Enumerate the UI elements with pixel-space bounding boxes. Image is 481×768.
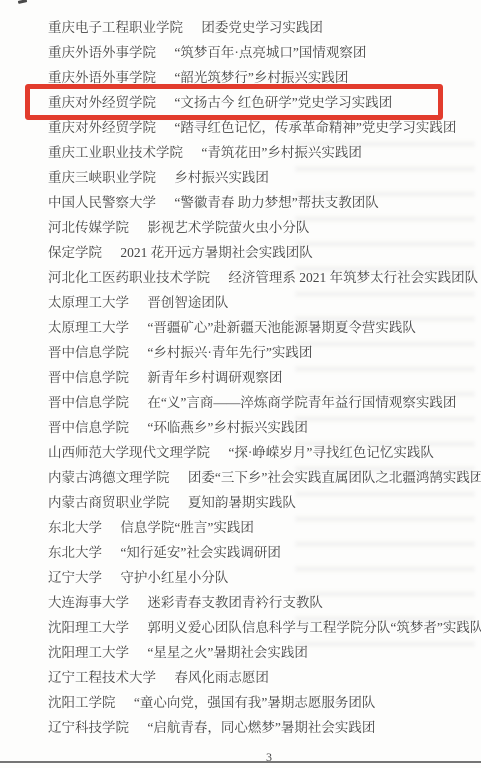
list-item: 辽宁科技学院 “启航青春，同心燃梦”暑期社会实践团 (0, 715, 481, 740)
team-name: 乡村振兴实践团 (174, 165, 269, 190)
team-name: 郭明义爱心团队信息科学与工程学院分队“筑梦者”实践队 (147, 615, 481, 640)
list-item: 沈阳理工大学 郭明义爱心团队信息科学与工程学院分队“筑梦者”实践队 (0, 615, 481, 640)
list-item: 山西师范大学现代文理学院 “探·峥嵘岁月”寻找红色记忆实践队 (0, 440, 481, 465)
school-name: 晋中信息学院 (48, 390, 129, 415)
team-name: “星星之火”暑期社会实践团 (147, 640, 307, 665)
list-item: 河北化工医药职业技术学院 经济管理系 2021 年筑梦太行社会实践团队 (0, 265, 481, 290)
school-name: 大连海事大学 (48, 590, 129, 615)
team-name: 晋创智途团队 (147, 290, 228, 315)
school-name: 河北传媒学院 (48, 215, 129, 240)
school-name: 晋中信息学院 (48, 415, 129, 440)
list-item: 重庆对外经贸学院 “踏寻红色记忆，传承革命精神”党史学习实践团 (0, 115, 481, 140)
team-name: “韶光筑梦行”乡村振兴实践团 (174, 65, 348, 90)
school-name: 晋中信息学院 (48, 340, 129, 365)
list-item: 太原理工大学 “晋疆矿心”赴新疆天池能源暑期夏令营实践队 (0, 315, 481, 340)
list-item: 晋中信息学院 在“义”言商——淬炼商学院青年益行国情观察实践团 (0, 390, 481, 415)
team-name: 影视艺术学院萤火虫小分队 (147, 215, 309, 240)
team-name: 守护小红星小分队 (120, 565, 228, 590)
list-item: 内蒙古商贸职业学院 夏知韵暑期实践队 (0, 490, 481, 515)
school-name: 河北化工医药职业技术学院 (48, 265, 210, 290)
school-name: 沈阳理工大学 (48, 615, 129, 640)
team-name: “晋疆矿心”赴新疆天池能源暑期夏令营实践队 (147, 315, 415, 340)
team-name: “知行延安”社会实践调研团 (120, 540, 280, 565)
team-name: “警徽青春 助力梦想”帮扶支教团队 (174, 190, 378, 215)
list-item: 河北传媒学院 影视艺术学院萤火虫小分队 (0, 215, 481, 240)
school-name: 重庆对外经贸学院 (48, 115, 156, 140)
practice-team-list: 重庆电子工程职业学院 团委党史学习实践团 重庆外语外事学院 “筑梦百年·点亮城口… (0, 15, 481, 740)
team-name: “环临燕乡”乡村振兴实践团 (147, 415, 307, 440)
school-name: 中国人民警察大学 (48, 190, 156, 215)
school-name: 沈阳理工大学 (48, 640, 129, 665)
team-name: 夏知韵暑期实践队 (188, 490, 296, 515)
document-page: 重庆电子工程职业学院 团委党史学习实践团 重庆外语外事学院 “筑梦百年·点亮城口… (0, 0, 481, 768)
team-name: 在“义”言商——淬炼商学院青年益行国情观察实践团 (147, 390, 456, 415)
list-item: 辽宁工程技术大学 春风化雨志愿团 (0, 665, 481, 690)
list-item: 重庆电子工程职业学院 团委党史学习实践团 (0, 15, 481, 40)
school-name: 辽宁工程技术大学 (48, 665, 156, 690)
team-name: 迷彩青春支教团青衿行支教队 (147, 590, 323, 615)
list-item: 东北大学 “知行延安”社会实践调研团 (0, 540, 481, 565)
school-name: 辽宁科技学院 (48, 715, 129, 740)
school-name: 重庆外语外事学院 (48, 40, 156, 65)
school-name: 内蒙古鸿德文理学院 (48, 465, 170, 490)
list-item: 晋中信息学院 “环临燕乡”乡村振兴实践团 (0, 415, 481, 440)
school-name: 重庆电子工程职业学院 (48, 15, 183, 40)
list-item: 大连海事大学 迷彩青春支教团青衿行支教队 (0, 590, 481, 615)
school-name: 太原理工大学 (48, 315, 129, 340)
team-name: “探·峥嵘岁月”寻找红色记忆实践队 (228, 440, 433, 465)
team-name: 春风化雨志愿团 (174, 665, 269, 690)
list-item: 太原理工大学 晋创智途团队 (0, 290, 481, 315)
school-name: 重庆外语外事学院 (48, 65, 156, 90)
list-item: 中国人民警察大学 “警徽青春 助力梦想”帮扶支教团队 (0, 190, 481, 215)
list-item: 沈阳理工大学 “星星之火”暑期社会实践团 (0, 640, 481, 665)
school-name: 东北大学 (48, 540, 102, 565)
list-item: 晋中信息学院 新青年乡村调研观察团 (0, 365, 481, 390)
list-item: 沈阳工学院 “童心向党，强国有我”暑期志愿服务团队 (0, 690, 481, 715)
list-item: 内蒙古鸿德文理学院 团委“三下乡”社会实践直属团队之北疆鸿鹄实践团 (0, 465, 481, 490)
list-item: 重庆对外经贸学院 “文扬古今 红色研学”党史学习实践团 (0, 90, 481, 115)
team-name: 2021 花开远方暑期社会实践团队 (120, 240, 312, 265)
school-name: 太原理工大学 (48, 290, 129, 315)
team-name: 信息学院“胜言”实践团 (120, 515, 253, 540)
team-name: 团委“三下乡”社会实践直属团队之北疆鸿鹄实践团 (188, 465, 481, 490)
team-name: “筑梦百年·点亮城口”国情观察团 (174, 40, 366, 65)
school-name: 保定学院 (48, 240, 102, 265)
scan-artifact-mark (18, 0, 27, 4)
school-name: 晋中信息学院 (48, 365, 129, 390)
list-item: 辽宁大学 守护小红星小分队 (0, 565, 481, 590)
list-item: 重庆外语外事学院 “筑梦百年·点亮城口”国情观察团 (0, 40, 481, 65)
school-name: 东北大学 (48, 515, 102, 540)
school-name: 辽宁大学 (48, 565, 102, 590)
team-name: “乡村振兴·青年先行”实践团 (147, 340, 312, 365)
footer-rule (0, 761, 481, 763)
team-name: 新青年乡村调研观察团 (147, 365, 282, 390)
school-name: 沈阳工学院 (48, 690, 116, 715)
school-name: 山西师范大学现代文理学院 (48, 440, 210, 465)
list-item: 保定学院 2021 花开远方暑期社会实践团队 (0, 240, 481, 265)
list-item: 晋中信息学院 “乡村振兴·青年先行”实践团 (0, 340, 481, 365)
team-name: “青筑花田”乡村振兴实践团 (201, 140, 361, 165)
list-item: 重庆外语外事学院 “韶光筑梦行”乡村振兴实践团 (0, 65, 481, 90)
list-item: 重庆三峡职业学院 乡村振兴实践团 (0, 165, 481, 190)
list-item: 重庆工业职业技术学院 “青筑花田”乡村振兴实践团 (0, 140, 481, 165)
school-name: 重庆对外经贸学院 (48, 90, 156, 115)
team-name: “童心向党，强国有我”暑期志愿服务团队 (134, 690, 375, 715)
list-item: 东北大学 信息学院“胜言”实践团 (0, 515, 481, 540)
team-name: “踏寻红色记忆，传承革命精神”党史学习实践团 (174, 115, 456, 140)
school-name: 重庆三峡职业学院 (48, 165, 156, 190)
team-name: “文扬古今 红色研学”党史学习实践团 (174, 90, 392, 115)
school-name: 内蒙古商贸职业学院 (48, 490, 170, 515)
team-name: “启航青春，同心燃梦”暑期社会实践团 (147, 715, 375, 740)
team-name: 团委党史学习实践团 (201, 15, 323, 40)
team-name: 经济管理系 2021 年筑梦太行社会实践团队 (228, 265, 478, 290)
school-name: 重庆工业职业技术学院 (48, 140, 183, 165)
